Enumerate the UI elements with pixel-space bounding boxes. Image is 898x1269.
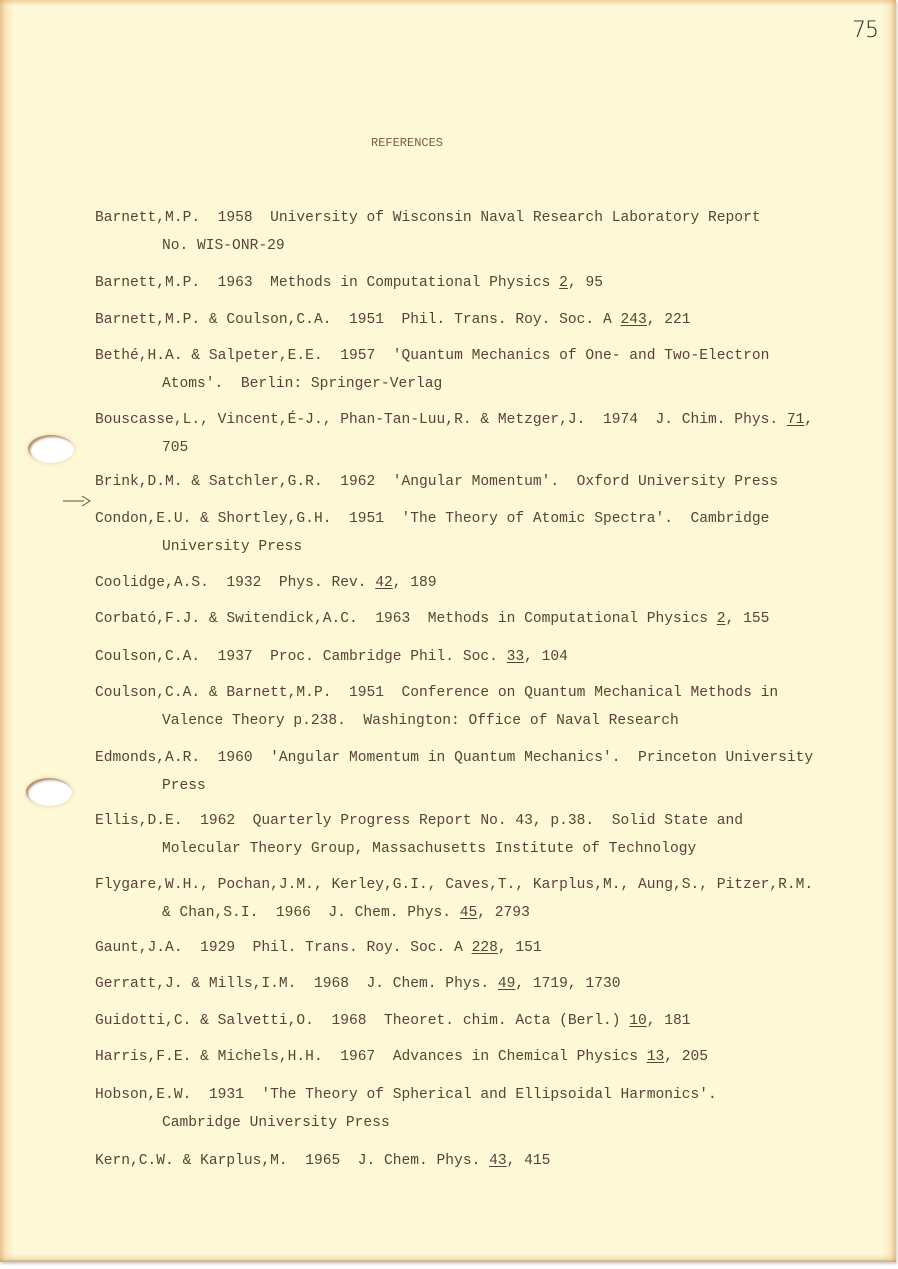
punch-hole [26, 778, 72, 806]
volume-number: 71 [787, 412, 805, 428]
reference-entry: Gerratt,J. & Mills,I.M. 1968 J. Chem. Ph… [95, 970, 620, 998]
volume-number: 45 [460, 905, 478, 921]
reference-entry: Coulson,C.A. & Barnett,M.P. 1951 Confere… [95, 679, 778, 735]
reference-entry: Coolidge,A.S. 1932 Phys. Rev. 42, 189 [95, 569, 437, 597]
reference-entry: Corbató,F.J. & Switendick,A.C. 1963 Meth… [95, 605, 769, 633]
reference-entry: Flygare,W.H., Pochan,J.M., Kerley,G.I., … [95, 871, 813, 927]
reference-entry: Ellis,D.E. 1962 Quarterly Progress Repor… [95, 807, 743, 863]
volume-number: 13 [647, 1049, 665, 1065]
reference-entry: Kern,C.W. & Karplus,M. 1965 J. Chem. Phy… [95, 1147, 550, 1175]
reference-entry: Barnett,M.P. & Coulson,C.A. 1951 Phil. T… [95, 306, 691, 334]
reference-entry: Harris,F.E. & Michels,H.H. 1967 Advances… [95, 1043, 708, 1071]
volume-number: 228 [472, 940, 498, 956]
reference-entry: Edmonds,A.R. 1960 'Angular Momentum in Q… [95, 744, 813, 800]
reference-entry: Brink,D.M. & Satchler,G.R. 1962 'Angular… [95, 468, 778, 496]
page-number: 75 [852, 18, 878, 43]
document-page: 75 REFERENCES Barnett,M.P. 1958 Universi… [0, 0, 896, 1262]
volume-number: 42 [375, 575, 393, 591]
section-heading: REFERENCES [371, 136, 443, 150]
reference-entry: Condon,E.U. & Shortley,G.H. 1951 'The Th… [95, 505, 769, 561]
volume-number: 2 [717, 611, 726, 627]
reference-entry: Barnett,M.P. 1963 Methods in Computation… [95, 269, 603, 297]
reference-entry: Bethé,H.A. & Salpeter,E.E. 1957 'Quantum… [95, 342, 769, 398]
reference-entry: Barnett,M.P. 1958 University of Wisconsi… [95, 204, 761, 260]
reference-entry: Bouscasse,L., Vincent,É-J., Phan-Tan-Luu… [95, 406, 813, 462]
volume-number: 43 [489, 1153, 507, 1169]
reference-entry: Coulson,C.A. 1937 Proc. Cambridge Phil. … [95, 643, 568, 671]
volume-number: 10 [629, 1013, 647, 1029]
arrow-right-icon [62, 495, 94, 507]
volume-number: 33 [507, 649, 525, 665]
reference-entry: Gaunt,J.A. 1929 Phil. Trans. Roy. Soc. A… [95, 934, 542, 962]
volume-number: 49 [498, 976, 516, 992]
reference-entry: Guidotti,C. & Salvetti,O. 1968 Theoret. … [95, 1007, 691, 1035]
punch-hole [28, 435, 74, 463]
reference-entry: Hobson,E.W. 1931 'The Theory of Spherica… [95, 1081, 717, 1137]
volume-number: 2 [559, 275, 568, 291]
volume-number: 243 [620, 312, 646, 328]
